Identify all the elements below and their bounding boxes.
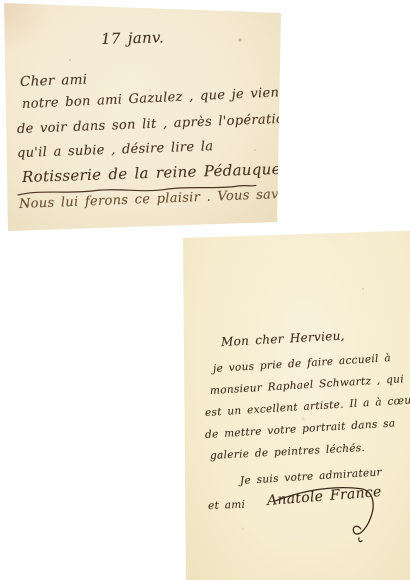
letter1-line: de voir dans son lit , après l'opération	[17, 111, 293, 137]
signature-flourish	[267, 477, 390, 571]
letter1-salutation: Cher ami	[20, 72, 88, 90]
letter1-line: notre bon ami Gazulez , que je viens	[22, 85, 287, 112]
letter1-line: qu'il a subie , désire lire la	[17, 139, 214, 161]
letter2-salutation: Mon cher Hervieu,	[221, 329, 345, 349]
letter1-date: 17 janv.	[101, 28, 164, 48]
letter-sheet-bottom: Mon cher Hervieu, je vous prie de faire …	[183, 229, 410, 580]
letter2-line: galerie de peintres léchés.	[210, 442, 366, 462]
letter2-line: je vous prie de faire accueil à	[213, 352, 392, 375]
letter-card-top: 17 janv. Cher ami notre bon ami Gazulez …	[0, 0, 286, 236]
letter2-line: de mettre votre portrait dans sa	[205, 417, 396, 441]
photo-two-autograph-letters: 17 janv. Cher ami notre bon ami Gazulez …	[0, 0, 410, 580]
letter2-line: monsieur Raphael Schwartz , qui	[210, 373, 405, 397]
letter2-line: est un excellent artiste. Il a à cœur	[205, 394, 410, 419]
letter2-closing-line: et ami	[208, 499, 246, 512]
